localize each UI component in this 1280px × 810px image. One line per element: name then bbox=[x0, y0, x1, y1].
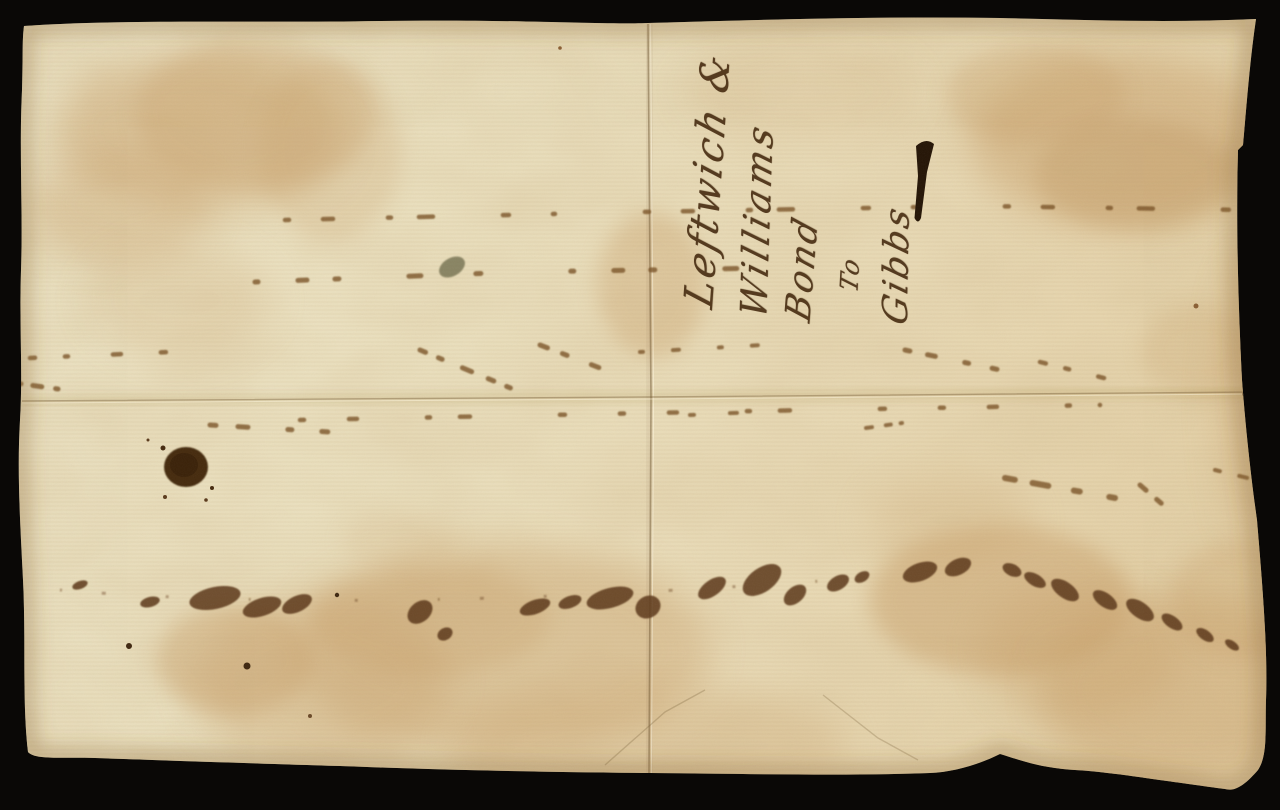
paper-grain bbox=[0, 0, 1280, 810]
paper-sheet bbox=[0, 0, 1280, 810]
docket-line-5: Gibbs bbox=[879, 88, 932, 333]
scan-frame: Leftwich & Williams Bond To Gibbs bbox=[0, 0, 1280, 810]
document-scan bbox=[0, 0, 1280, 810]
